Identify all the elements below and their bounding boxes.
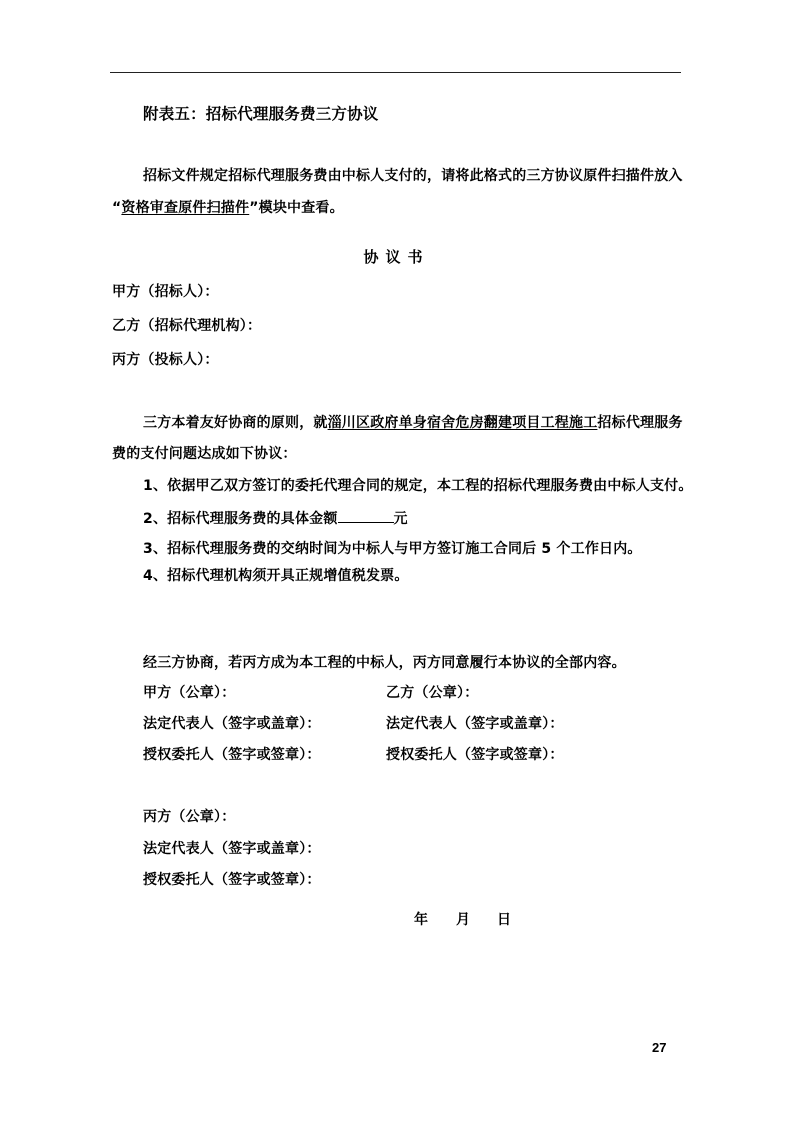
- preamble-line-1: 三方本着友好协商的原则，就淄川区政府单身宿舍危房翻建项目工程施工招标代理服务: [143, 414, 683, 432]
- agreement-title: 协议书: [0, 248, 793, 266]
- instruction-line-1: 招标文件规定招标代理服务费由中标人支付的，请将此格式的三方协议原件扫描件放入: [143, 167, 683, 185]
- party-c-seal: 丙方（公章）：: [143, 808, 235, 826]
- party-a-seal: 甲方（公章）：: [143, 684, 235, 702]
- consent-statement: 经三方协商，若丙方成为本工程的中标人，丙方同意履行本协议的全部内容。: [143, 654, 626, 672]
- clause-1: 1、依据甲乙双方签订的委托代理合同的规定，本工程的招标代理服务费由中标人支付。: [143, 477, 693, 495]
- clause-2: 2、招标代理服务费的具体金额元: [143, 508, 408, 528]
- module-link: 资格审查原件扫描件: [121, 200, 249, 216]
- preamble-line-2: 费的支付问题达成如下协议：: [112, 445, 297, 463]
- clause-4: 4、招标代理机构须开具正规增值税发票。: [143, 567, 409, 585]
- party-c-label: 丙方（投标人）：: [112, 351, 219, 369]
- project-name: 淄川区政府单身宿舍危房翻建项目工程施工: [328, 415, 598, 431]
- header-rule: [110, 72, 681, 73]
- date-year: 年: [414, 909, 428, 929]
- page-number: 27: [652, 1040, 666, 1055]
- currency-unit: 元: [394, 511, 408, 527]
- party-a-authorized: 授权委托人（签字或签章）：: [143, 746, 321, 764]
- party-b-seal: 乙方（公章）：: [386, 684, 478, 702]
- date-day: 日: [497, 909, 511, 929]
- quote-open: “: [112, 200, 121, 216]
- party-c-authorized: 授权委托人（签字或签章）：: [143, 871, 321, 889]
- preamble-prefix: 三方本着友好协商的原则，就: [143, 415, 328, 431]
- date-month: 月: [456, 909, 470, 929]
- party-b-legal-rep: 法定代表人（签字或盖章）：: [386, 715, 564, 733]
- party-c-legal-rep: 法定代表人（签字或盖章）：: [143, 840, 321, 858]
- clause-3: 3、招标代理服务费的交纳时间为中标人与甲方签订施工合同后 5 个工作日内。: [143, 540, 642, 558]
- clause-2-text: 2、招标代理服务费的具体金额: [143, 511, 338, 527]
- amount-blank-field[interactable]: [338, 508, 394, 523]
- instruction-suffix: ”模块中查看。: [249, 200, 344, 216]
- party-a-legal-rep: 法定代表人（签字或盖章）：: [143, 715, 321, 733]
- instruction-line-2: “资格审查原件扫描件”模块中查看。: [112, 199, 344, 217]
- party-b-label: 乙方（招标代理机构）：: [112, 317, 261, 335]
- party-b-authorized: 授权委托人（签字或签章）：: [386, 746, 564, 764]
- appendix-heading: 附表五：招标代理服务费三方协议: [143, 105, 379, 123]
- preamble-suffix: 招标代理服务: [597, 415, 682, 431]
- party-a-label: 甲方（招标人）：: [112, 283, 219, 301]
